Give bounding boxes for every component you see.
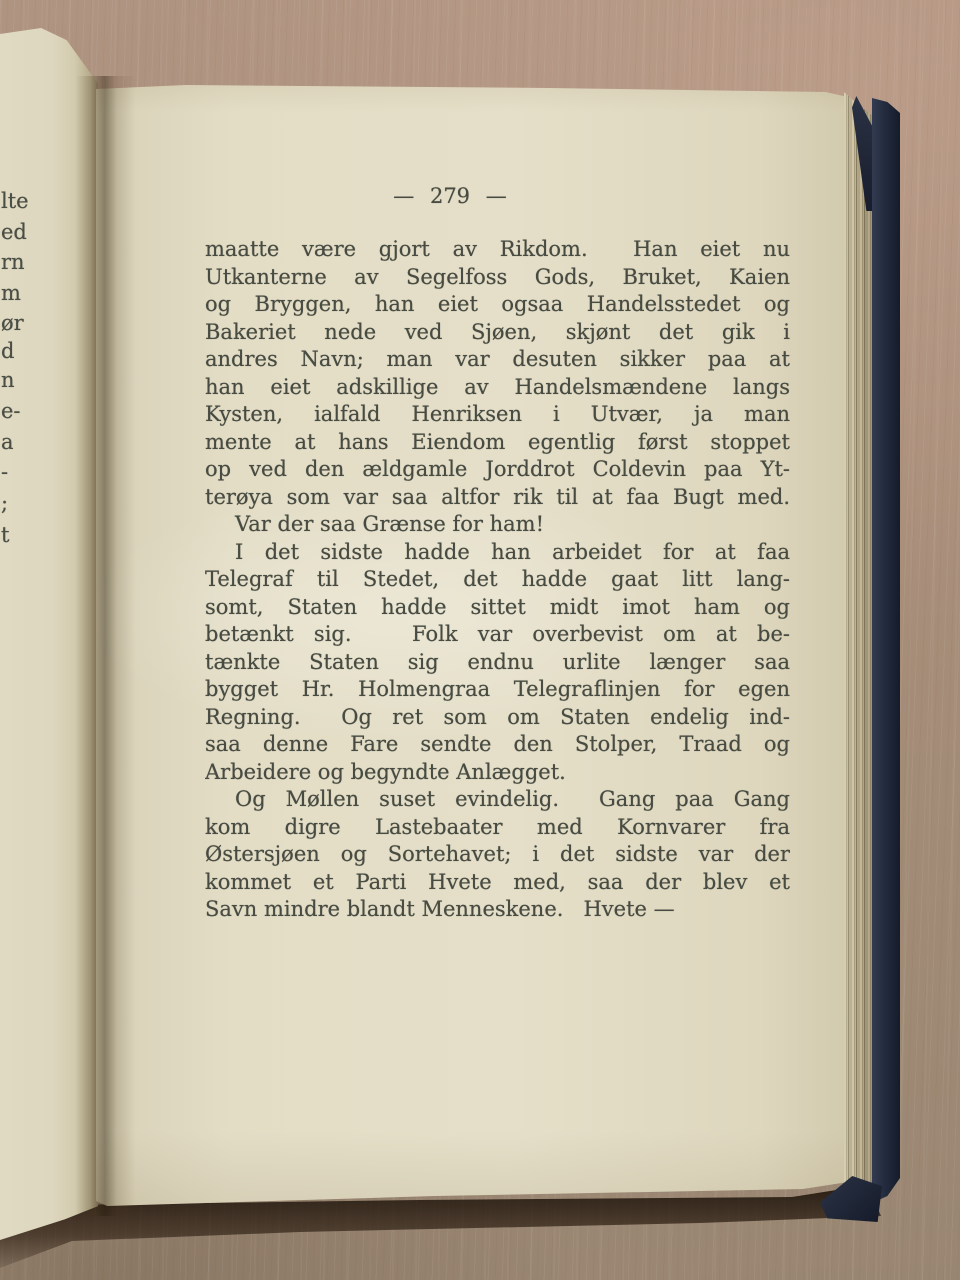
text-line: saa denne Fare sendte den Stolper, Traad… [205, 731, 790, 759]
edge-text-fragment: lte [1, 188, 28, 214]
edge-text-fragment: d [1, 338, 28, 364]
text-line: Var der saa Grænse for ham! [205, 511, 790, 539]
text-line: somt, Staten hadde sittet midt imot ham … [205, 594, 790, 622]
text-line: kommet et Parti Hvete med, saa der blev … [205, 869, 790, 897]
edge-text-fragment: t [1, 522, 28, 548]
edge-text-fragment: ed [1, 219, 28, 245]
text-line: op ved den ældgamle Jorddrot Coldevin pa… [205, 456, 790, 484]
text-line: Kysten, ialfald Henriksen i Utvær, ja ma… [205, 401, 790, 429]
text-line: han eiet adskillige av Handelsmændene la… [205, 374, 790, 402]
text-line: maatte være gjort av Rikdom. Han eiet nu [205, 236, 790, 264]
text-line: Telegraf til Stedet, det hadde gaat litt… [205, 566, 790, 594]
text-line: terøya som var saa altfor rik til at faa… [205, 484, 790, 512]
book-cover-edge [872, 98, 900, 1206]
edge-text-fragment: a [1, 429, 28, 455]
page-text-block: maatte være gjort av Rikdom. Han eiet nu… [205, 236, 790, 924]
page-number: — 279 — [360, 184, 540, 208]
edge-text-fragment: - [1, 459, 28, 485]
edge-text-fragment: ør [1, 310, 28, 336]
edge-text-fragment: m [1, 280, 28, 306]
text-line: Østersjøen og Sortehavet; i det sidste v… [205, 841, 790, 869]
page-gutter-shadow [76, 76, 136, 1216]
text-line: tænkte Staten sig endnu urlite længer sa… [205, 649, 790, 677]
edge-text-fragment: rn [1, 249, 28, 275]
text-line: andres Navn; man var desuten sikker paa … [205, 346, 790, 374]
text-line: Bakeriet nede ved Sjøen, skjønt det gik … [205, 319, 790, 347]
text-line: Og Møllen suset evindelig. Gang paa Gang [205, 786, 790, 814]
text-line: Regning. Og ret som om Staten endelig in… [205, 704, 790, 732]
text-line: I det sidste hadde han arbeidet for at f… [205, 539, 790, 567]
text-line: mente at hans Eiendom egentlig først sto… [205, 429, 790, 457]
edge-text-fragment: n [1, 367, 28, 393]
text-line: bygget Hr. Holmengraa Telegraflinjen for… [205, 676, 790, 704]
edge-text-fragment: ; [1, 490, 28, 516]
text-line: Arbeidere og begyndte Anlægget. [205, 759, 790, 787]
text-line: Utkanterne av Segelfoss Gods, Bruket, Ka… [205, 264, 790, 292]
left-page-text-fragments: lteedrnmørdne-a-;t [0, 0, 32, 600]
text-line: Savn mindre blandt Menneskene. Hvete — [205, 896, 790, 924]
text-line: og Bryggen, han eiet ogsaa Handelsstedet… [205, 291, 790, 319]
text-line: kom digre Lastebaater med Kornvarer fra [205, 814, 790, 842]
text-line: betænkt sig. Folk var overbevist om at b… [205, 621, 790, 649]
edge-text-fragment: e- [1, 398, 28, 424]
